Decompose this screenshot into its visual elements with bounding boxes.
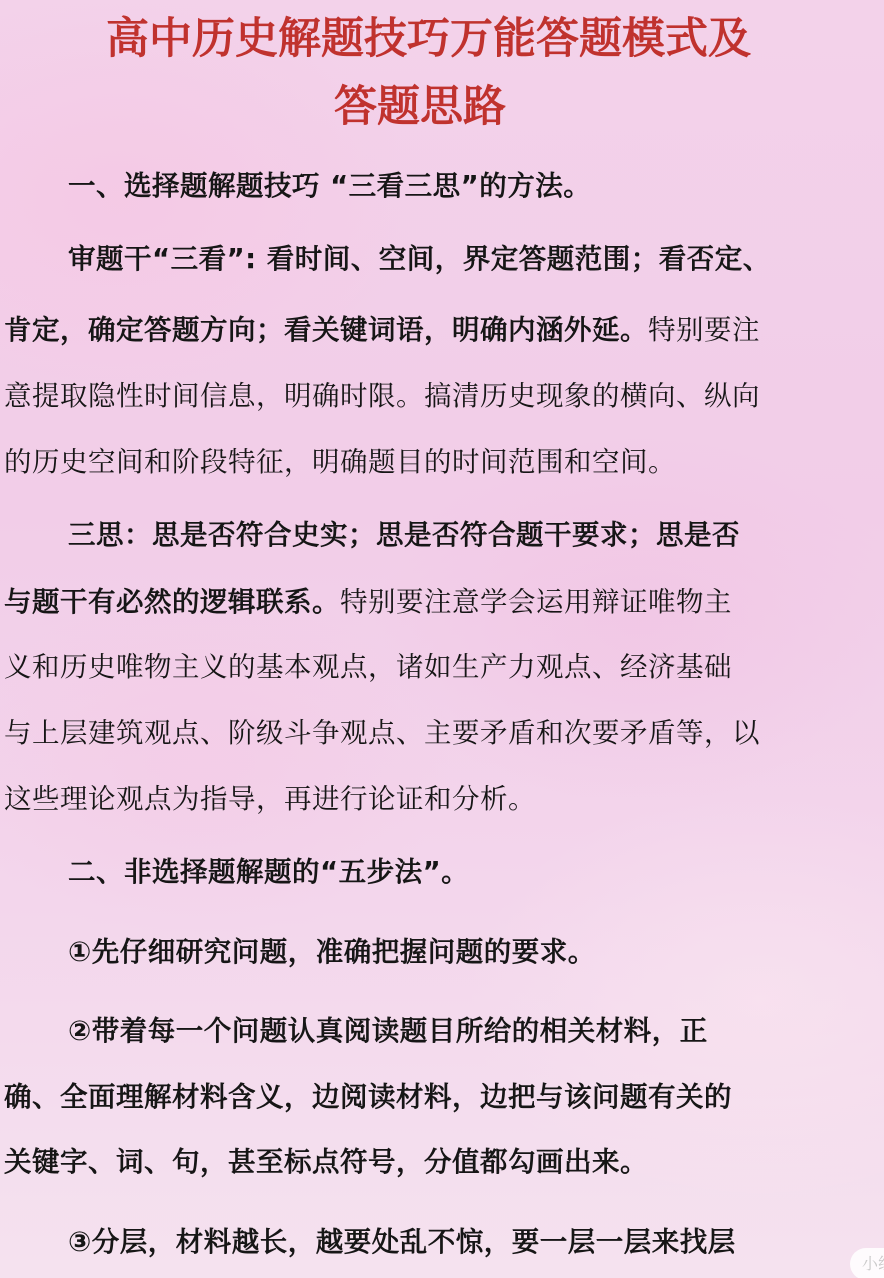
three-look-line-2-bold: 肯定，确定答题方向；看关键词语，明确内涵外延。 xyxy=(4,314,648,346)
step-1: ①先仔细研究问题，准确把握问题的要求。 xyxy=(68,932,596,972)
step-2-line-3: 关键字、词、句，甚至标点符号，分值都勾画出来。 xyxy=(4,1142,648,1182)
three-think-line-2-normal: 特别要注意学会运用辩证唯物主 xyxy=(340,586,732,618)
step-2-line-2: 确、全面理解材料含义，边阅读材料，边把与该问题有关的 xyxy=(4,1077,732,1117)
three-look-line-2-normal: 特别要注 xyxy=(648,314,760,346)
watermark-badge: 小红 xyxy=(850,1248,884,1278)
three-think-line-3: 义和历史唯物主义的基本观点，诸如生产力观点、经济基础 xyxy=(4,647,732,687)
title-line-1: 高中历史解题技巧万能答题模式及 xyxy=(106,10,751,68)
section1-heading: 一、选择题解题技巧 “三看三思”的方法。 xyxy=(68,166,591,206)
three-think-line-1: 三思：思是否符合史实；思是否符合题干要求；思是否 xyxy=(68,515,740,555)
three-look-line-2: 肯定，确定答题方向；看关键词语，明确内涵外延。特别要注 xyxy=(4,310,760,350)
three-look-line-1: 审题干“三看”: 看时间、空间，界定答题范围；看否定、 xyxy=(68,239,771,279)
step-2-line-1: ②带着每一个问题认真阅读题目所给的相关材料，正 xyxy=(68,1011,708,1051)
step-3-line-1: ③分层，材料越长，越要处乱不惊，要一层一层来找层 xyxy=(68,1222,736,1262)
three-think-line-5: 这些理论观点为指导，再进行论证和分析。 xyxy=(4,779,536,819)
three-think-line-2-bold: 与题干有必然的逻辑联系。 xyxy=(4,586,340,618)
three-think-line-2: 与题干有必然的逻辑联系。特别要注意学会运用辩证唯物主 xyxy=(4,582,732,622)
title-line-2: 答题思路 xyxy=(334,78,506,136)
three-look-line-3: 意提取隐性时间信息，明确时限。搞清历史现象的横向、纵向 xyxy=(4,376,760,416)
three-think-line-4: 与上层建筑观点、阶级斗争观点、主要矛盾和次要矛盾等，以 xyxy=(4,713,760,753)
section2-heading: 二、非选择题解题的“五步法”。 xyxy=(68,852,469,892)
three-look-line-4: 的历史空间和阶段特征，明确题目的时间范围和空间。 xyxy=(4,442,676,482)
